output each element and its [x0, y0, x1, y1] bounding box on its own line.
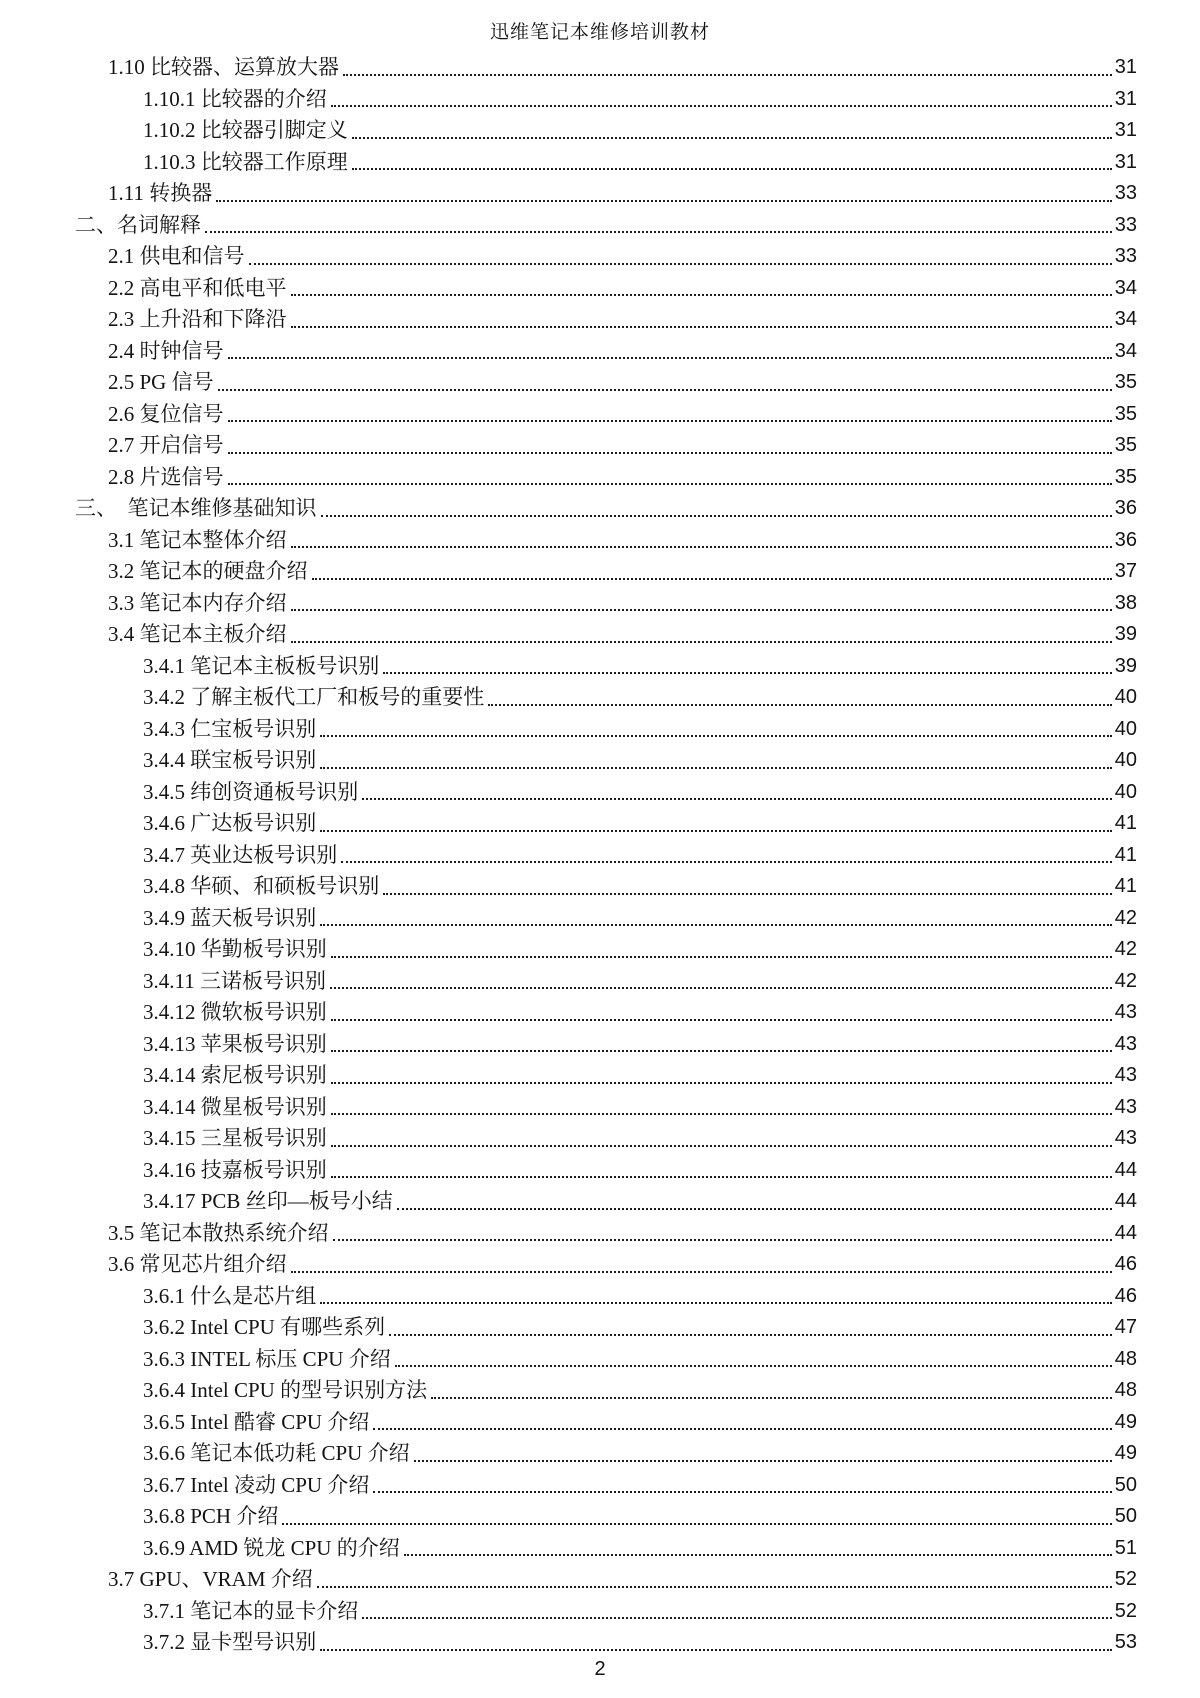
toc-entry-page: 42 [1115, 934, 1137, 966]
dot-leader [379, 651, 1115, 683]
toc-entry-page: 52 [1115, 1564, 1137, 1596]
toc-entry-page: 46 [1115, 1281, 1137, 1313]
toc-entry: 2.3 上升沿和下降沿34 [0, 304, 1137, 336]
toc-entry: 3.6 常见芯片组介绍46 [0, 1249, 1137, 1281]
toc-entry: 二、名词解释33 [0, 210, 1137, 242]
toc-entry-label: 3.2 笔记本的硬盘介绍 [108, 556, 308, 588]
dot-leader [316, 714, 1115, 746]
dot-leader [201, 210, 1115, 242]
page-footer-number: 2 [0, 1657, 1200, 1681]
table-of-contents: 1.10 比较器、运算放大器311.10.1 比较器的介绍311.10.2 比较… [0, 52, 1137, 1659]
toc-entry: 3.4.14 微星板号识别43 [0, 1092, 1137, 1124]
toc-entry-page: 53 [1115, 1627, 1137, 1659]
toc-entry-page: 49 [1115, 1438, 1137, 1470]
toc-entry-label: 3.6 常见芯片组介绍 [108, 1249, 287, 1281]
dot-leader [287, 588, 1115, 620]
toc-entry: 3.3 笔记本内存介绍38 [0, 588, 1137, 620]
toc-entry-label: 1.11 转换器 [108, 178, 212, 210]
dot-leader [278, 1501, 1114, 1533]
dot-leader [287, 304, 1115, 336]
toc-entry: 3.4.3 仁宝板号识别40 [0, 714, 1137, 746]
dot-leader [287, 1249, 1115, 1281]
toc-entry-label: 2.5 PG 信号 [108, 367, 214, 399]
toc-entry-label: 3.6.2 Intel CPU 有哪些系列 [143, 1312, 385, 1344]
toc-entry: 3.1 笔记本整体介绍36 [0, 525, 1137, 557]
toc-entry-label: 3.6.4 Intel CPU 的型号识别方法 [143, 1375, 427, 1407]
dot-leader [358, 1596, 1115, 1628]
dot-leader [224, 399, 1115, 431]
dot-leader [337, 840, 1115, 872]
toc-entry: 3.4.6 广达板号识别41 [0, 808, 1137, 840]
toc-entry-label: 2.8 片选信号 [108, 462, 224, 494]
toc-entry-label: 2.4 时钟信号 [108, 336, 224, 368]
toc-entry-page: 47 [1115, 1312, 1137, 1344]
toc-entry-page: 35 [1115, 399, 1137, 431]
dot-leader [224, 336, 1115, 368]
toc-entry: 2.5 PG 信号35 [0, 367, 1137, 399]
toc-entry-label: 1.10.3 比较器工作原理 [143, 147, 348, 179]
dot-leader [369, 1407, 1114, 1439]
toc-entry: 3.4.7 英业达板号识别41 [0, 840, 1137, 872]
toc-entry: 3.4.17 PCB 丝印—板号小结44 [0, 1186, 1137, 1218]
dot-leader [316, 1627, 1115, 1659]
dot-leader [427, 1375, 1115, 1407]
dot-leader [316, 745, 1115, 777]
toc-entry: 3.4.4 联宝板号识别40 [0, 745, 1137, 777]
toc-entry-page: 37 [1115, 556, 1137, 588]
toc-entry-page: 51 [1115, 1533, 1137, 1565]
toc-entry: 2.7 开启信号35 [0, 430, 1137, 462]
toc-entry: 3.5 笔记本散热系统介绍44 [0, 1218, 1137, 1250]
toc-entry-label: 3.4.14 微星板号识别 [143, 1092, 327, 1124]
toc-entry-label: 3.4.11 三诺板号识别 [143, 966, 326, 998]
toc-entry: 3.6.3 INTEL 标压 CPU 介绍48 [0, 1344, 1137, 1376]
dot-leader [400, 1533, 1115, 1565]
toc-entry-page: 43 [1115, 1029, 1137, 1061]
toc-entry: 1.10.2 比较器引脚定义31 [0, 115, 1137, 147]
toc-entry-page: 33 [1115, 210, 1137, 242]
dot-leader [214, 367, 1115, 399]
toc-entry: 3.6.6 笔记本低功耗 CPU 介绍49 [0, 1438, 1137, 1470]
toc-entry: 1.10.1 比较器的介绍31 [0, 84, 1137, 116]
toc-entry-label: 3.6.1 什么是芯片组 [143, 1281, 316, 1313]
toc-entry-label: 三、 笔记本维修基础知识 [75, 493, 317, 525]
dot-leader [329, 1218, 1115, 1250]
toc-entry-page: 35 [1115, 367, 1137, 399]
toc-entry-label: 1.10 比较器、运算放大器 [108, 52, 339, 84]
toc-entry-page: 44 [1115, 1218, 1137, 1250]
toc-entry-page: 41 [1115, 808, 1137, 840]
toc-entry-page: 36 [1115, 525, 1137, 557]
toc-entry-label: 2.3 上升沿和下降沿 [108, 304, 287, 336]
toc-entry-page: 38 [1115, 588, 1137, 620]
toc-entry-page: 42 [1115, 966, 1137, 998]
toc-entry: 3.7.1 笔记本的显卡介绍52 [0, 1596, 1137, 1628]
toc-entry: 2.8 片选信号35 [0, 462, 1137, 494]
toc-entry-label: 3.4 笔记本主板介绍 [108, 619, 287, 651]
toc-entry-page: 40 [1115, 714, 1137, 746]
dot-leader [327, 84, 1115, 116]
dot-leader [287, 619, 1115, 651]
dot-leader [327, 934, 1115, 966]
toc-entry: 2.4 时钟信号34 [0, 336, 1137, 368]
dot-leader [339, 52, 1115, 84]
toc-entry: 3.6.9 AMD 锐龙 CPU 的介绍51 [0, 1533, 1137, 1565]
dot-leader [308, 556, 1115, 588]
toc-entry: 3.4.12 微软板号识别43 [0, 997, 1137, 1029]
toc-entry-label: 3.7 GPU、VRAM 介绍 [108, 1564, 313, 1596]
dot-leader [385, 1312, 1115, 1344]
toc-entry-label: 3.5 笔记本散热系统介绍 [108, 1218, 329, 1250]
toc-entry-page: 46 [1115, 1249, 1137, 1281]
toc-entry: 3.2 笔记本的硬盘介绍37 [0, 556, 1137, 588]
toc-entry-page: 40 [1115, 745, 1137, 777]
dot-leader [316, 808, 1115, 840]
toc-entry-label: 3.7.2 显卡型号识别 [143, 1627, 316, 1659]
toc-entry: 3.6.4 Intel CPU 的型号识别方法48 [0, 1375, 1137, 1407]
toc-entry-page: 35 [1115, 430, 1137, 462]
toc-entry: 1.11 转换器33 [0, 178, 1137, 210]
dot-leader [287, 273, 1115, 305]
page-header-title: 迅维笔记本维修培训教材 [0, 22, 1200, 44]
dot-leader [484, 682, 1115, 714]
toc-entry-label: 3.4.15 三星板号识别 [143, 1123, 327, 1155]
dot-leader [317, 493, 1115, 525]
toc-entry-label: 3.4.1 笔记本主板板号识别 [143, 651, 379, 683]
dot-leader [224, 430, 1115, 462]
dot-leader [410, 1438, 1115, 1470]
dot-leader [327, 1155, 1115, 1187]
toc-entry: 3.7 GPU、VRAM 介绍52 [0, 1564, 1137, 1596]
toc-entry: 2.1 供电和信号33 [0, 241, 1137, 273]
toc-entry-page: 48 [1115, 1344, 1137, 1376]
toc-entry-page: 44 [1115, 1155, 1137, 1187]
toc-entry: 3.4.16 技嘉板号识别44 [0, 1155, 1137, 1187]
toc-entry-label: 3.4.4 联宝板号识别 [143, 745, 316, 777]
toc-entry-label: 3.4.2 了解主板代工厂和板号的重要性 [143, 682, 484, 714]
toc-entry-page: 48 [1115, 1375, 1137, 1407]
toc-entry-label: 3.4.12 微软板号识别 [143, 997, 327, 1029]
toc-entry-label: 3.6.7 Intel 凌动 CPU 介绍 [143, 1470, 369, 1502]
toc-entry-page: 31 [1115, 84, 1137, 116]
toc-entry-label: 3.6.5 Intel 酷睿 CPU 介绍 [143, 1407, 369, 1439]
dot-leader [327, 1123, 1115, 1155]
toc-entry-page: 39 [1115, 619, 1137, 651]
toc-entry-page: 40 [1115, 682, 1137, 714]
toc-entry-page: 34 [1115, 304, 1137, 336]
toc-entry-label: 3.7.1 笔记本的显卡介绍 [143, 1596, 358, 1628]
toc-entry: 1.10 比较器、运算放大器31 [0, 52, 1137, 84]
toc-entry: 3.6.7 Intel 凌动 CPU 介绍50 [0, 1470, 1137, 1502]
toc-entry: 3.6.8 PCH 介绍50 [0, 1501, 1137, 1533]
toc-entry: 3.4.8 华硕、和硕板号识别41 [0, 871, 1137, 903]
dot-leader [327, 1029, 1115, 1061]
toc-entry-page: 49 [1115, 1407, 1137, 1439]
toc-entry-label: 3.6.6 笔记本低功耗 CPU 介绍 [143, 1438, 410, 1470]
dot-leader [326, 966, 1115, 998]
dot-leader [224, 462, 1115, 494]
toc-entry-label: 3.4.7 英业达板号识别 [143, 840, 337, 872]
toc-entry-page: 43 [1115, 1060, 1137, 1092]
toc-entry-label: 3.4.14 索尼板号识别 [143, 1060, 327, 1092]
toc-entry: 3.4.14 索尼板号识别43 [0, 1060, 1137, 1092]
toc-entry-label: 3.4.9 蓝天板号识别 [143, 903, 316, 935]
dot-leader [327, 1092, 1115, 1124]
dot-leader [327, 1060, 1115, 1092]
toc-entry: 3.4.5 纬创资通板号识别40 [0, 777, 1137, 809]
dot-leader [327, 997, 1115, 1029]
toc-entry-label: 2.6 复位信号 [108, 399, 224, 431]
toc-entry: 1.10.3 比较器工作原理31 [0, 147, 1137, 179]
toc-entry-label: 1.10.2 比较器引脚定义 [143, 115, 348, 147]
toc-entry-page: 35 [1115, 462, 1137, 494]
toc-entry-page: 42 [1115, 903, 1137, 935]
toc-entry-label: 2.1 供电和信号 [108, 241, 245, 273]
toc-entry-page: 34 [1115, 273, 1137, 305]
toc-entry: 3.4.9 蓝天板号识别42 [0, 903, 1137, 935]
toc-entry: 三、 笔记本维修基础知识36 [0, 493, 1137, 525]
toc-entry-page: 43 [1115, 1123, 1137, 1155]
toc-entry-label: 3.4.6 广达板号识别 [143, 808, 316, 840]
toc-entry-label: 3.4.17 PCB 丝印—板号小结 [143, 1186, 393, 1218]
toc-entry-label: 3.4.3 仁宝板号识别 [143, 714, 316, 746]
dot-leader [393, 1186, 1115, 1218]
toc-entry-page: 31 [1115, 52, 1137, 84]
toc-entry: 3.7.2 显卡型号识别53 [0, 1627, 1137, 1659]
toc-entry-page: 39 [1115, 651, 1137, 683]
toc-entry-page: 31 [1115, 147, 1137, 179]
toc-entry: 3.6.1 什么是芯片组46 [0, 1281, 1137, 1313]
toc-entry-page: 52 [1115, 1596, 1137, 1628]
toc-entry-label: 3.6.9 AMD 锐龙 CPU 的介绍 [143, 1533, 400, 1565]
toc-entry: 2.2 高电平和低电平34 [0, 273, 1137, 305]
toc-entry-page: 40 [1115, 777, 1137, 809]
dot-leader [348, 115, 1115, 147]
dot-leader [379, 871, 1115, 903]
toc-entry-page: 31 [1115, 115, 1137, 147]
toc-entry-page: 33 [1115, 178, 1137, 210]
toc-entry-page: 41 [1115, 840, 1137, 872]
dot-leader [287, 525, 1115, 557]
dot-leader [212, 178, 1115, 210]
toc-entry-label: 2.2 高电平和低电平 [108, 273, 287, 305]
toc-entry: 3.4.10 华勤板号识别42 [0, 934, 1137, 966]
toc-entry-label: 3.4.10 华勤板号识别 [143, 934, 327, 966]
toc-entry: 3.6.5 Intel 酷睿 CPU 介绍49 [0, 1407, 1137, 1439]
dot-leader [369, 1470, 1114, 1502]
toc-entry: 3.4.2 了解主板代工厂和板号的重要性40 [0, 682, 1137, 714]
toc-entry: 3.4 笔记本主板介绍39 [0, 619, 1137, 651]
dot-leader [358, 777, 1115, 809]
toc-entry: 2.6 复位信号35 [0, 399, 1137, 431]
toc-entry-page: 41 [1115, 871, 1137, 903]
toc-entry-label: 3.4.8 华硕、和硕板号识别 [143, 871, 379, 903]
dot-leader [348, 147, 1115, 179]
toc-entry-label: 2.7 开启信号 [108, 430, 224, 462]
toc-entry: 3.4.11 三诺板号识别42 [0, 966, 1137, 998]
toc-entry-page: 50 [1115, 1501, 1137, 1533]
toc-entry-label: 3.4.16 技嘉板号识别 [143, 1155, 327, 1187]
dot-leader [245, 241, 1115, 273]
toc-entry-page: 50 [1115, 1470, 1137, 1502]
toc-entry-page: 36 [1115, 493, 1137, 525]
dot-leader [316, 903, 1115, 935]
toc-entry: 3.4.1 笔记本主板板号识别39 [0, 651, 1137, 683]
dot-leader [391, 1344, 1115, 1376]
toc-entry-page: 44 [1115, 1186, 1137, 1218]
document-page: 迅维笔记本维修培训教材 1.10 比较器、运算放大器311.10.1 比较器的介… [0, 0, 1200, 1698]
toc-entry-label: 3.6.8 PCH 介绍 [143, 1501, 278, 1533]
toc-entry-page: 33 [1115, 241, 1137, 273]
toc-entry-label: 3.3 笔记本内存介绍 [108, 588, 287, 620]
toc-entry-page: 43 [1115, 1092, 1137, 1124]
toc-entry-label: 3.6.3 INTEL 标压 CPU 介绍 [143, 1344, 391, 1376]
toc-entry: 3.6.2 Intel CPU 有哪些系列47 [0, 1312, 1137, 1344]
toc-entry: 3.4.13 苹果板号识别43 [0, 1029, 1137, 1061]
dot-leader [316, 1281, 1115, 1313]
toc-entry-page: 43 [1115, 997, 1137, 1029]
toc-entry-label: 3.4.13 苹果板号识别 [143, 1029, 327, 1061]
dot-leader [313, 1564, 1115, 1596]
toc-entry-label: 1.10.1 比较器的介绍 [143, 84, 327, 116]
toc-entry-label: 3.4.5 纬创资通板号识别 [143, 777, 358, 809]
toc-entry-label: 二、名词解释 [75, 210, 201, 242]
toc-entry-label: 3.1 笔记本整体介绍 [108, 525, 287, 557]
toc-entry: 3.4.15 三星板号识别43 [0, 1123, 1137, 1155]
toc-entry-page: 34 [1115, 336, 1137, 368]
